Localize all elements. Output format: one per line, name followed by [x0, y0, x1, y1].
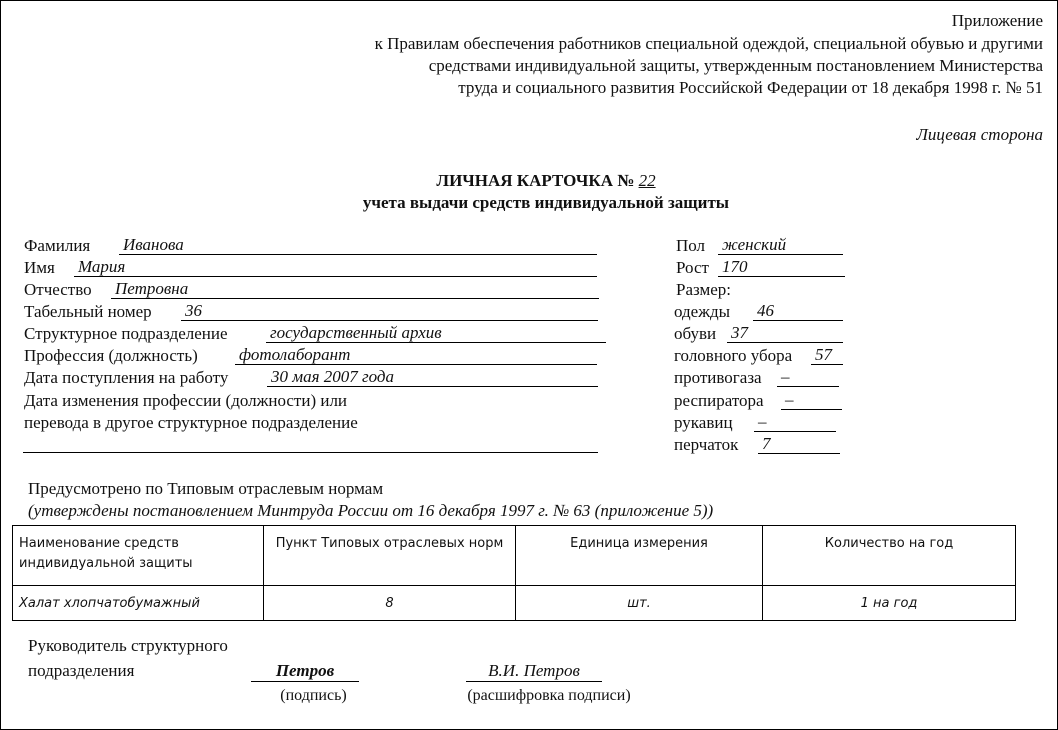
label-profession: Профессия (должность)	[24, 346, 198, 366]
field-hire-date[interactable]: 30 мая 2007 года	[267, 368, 598, 387]
appendix-line-3: средствами индивидуальной защиты, утверж…	[429, 55, 1043, 77]
label-shoe-size: обуви	[674, 324, 716, 344]
signature-field[interactable]: Петров	[251, 661, 359, 682]
norms-subheading: (утверждены постановлением Минтруда Росс…	[28, 500, 713, 522]
field-gloves[interactable]: 7	[758, 435, 840, 454]
signature-name-field[interactable]: В.И. Петров	[466, 661, 602, 682]
label-sex: Пол	[676, 236, 705, 256]
cell-item: Халат хлопчатобумажный	[13, 586, 264, 621]
field-profession[interactable]: фотолаборант	[235, 346, 597, 365]
label-department: Структурное подразделение	[24, 324, 228, 344]
card-title: ЛИЧНАЯ КАРТОЧКА № 22	[1, 170, 1058, 192]
column-header-unit: Единица измерения	[516, 526, 763, 586]
signature-caption: (подпись)	[251, 686, 376, 706]
field-height[interactable]: 170	[718, 258, 845, 277]
label-name: Имя	[24, 258, 55, 278]
cell-unit: шт.	[516, 586, 763, 621]
field-gas-mask[interactable]: –	[777, 368, 839, 387]
norms-table: Наименование средств индивидуальной защи…	[12, 525, 1016, 621]
label-gas-mask: противогаза	[674, 368, 762, 388]
label-change-date-2: перевода в другое структурное подразделе…	[24, 413, 358, 433]
table-row: Халат хлопчатобумажный 8 шт. 1 на год	[13, 586, 1016, 621]
signature-label-line-2: подразделения	[28, 660, 134, 682]
field-employee-number[interactable]: 36	[181, 302, 598, 321]
label-clothes-size: одежды	[674, 302, 730, 322]
card-title-text: ЛИЧНАЯ КАРТОЧКА №	[436, 171, 634, 190]
column-header-item: Наименование средств индивидуальной защи…	[13, 526, 264, 586]
field-surname[interactable]: Иванова	[119, 236, 597, 255]
signature-name-caption: (расшифровка подписи)	[453, 686, 645, 706]
table-header-row: Наименование средств индивидуальной защи…	[13, 526, 1016, 586]
label-gloves: перчаток	[674, 435, 738, 455]
label-patronymic: Отчество	[24, 280, 92, 300]
label-change-date-1: Дата изменения профессии (должности) или	[24, 391, 347, 411]
label-surname: Фамилия	[24, 236, 90, 256]
field-mittens[interactable]: –	[754, 413, 836, 432]
appendix-line-2: к Правилам обеспечения работников специа…	[375, 33, 1043, 55]
label-size: Размер:	[676, 280, 731, 300]
label-respirator: респиратора	[674, 391, 764, 411]
appendix-line-1: Приложение	[952, 10, 1043, 32]
norms-heading: Предусмотрено по Типовым отраслевым норм…	[28, 478, 383, 500]
personal-card-page: Приложение к Правилам обеспечения работн…	[0, 0, 1058, 730]
label-height: Рост	[676, 258, 709, 278]
field-department[interactable]: государственный архив	[266, 324, 606, 343]
label-mittens: рукавиц	[674, 413, 733, 433]
label-employee-number: Табельный номер	[24, 302, 152, 322]
cell-quantity: 1 на год	[763, 586, 1016, 621]
card-subtitle: учета выдачи средств индивидуальной защи…	[1, 192, 1058, 214]
field-patronymic[interactable]: Петровна	[111, 280, 599, 299]
field-headwear-size[interactable]: 57	[811, 346, 843, 365]
field-name[interactable]: Мария	[74, 258, 597, 277]
field-sex[interactable]: женский	[718, 236, 843, 255]
field-clothes-size[interactable]: 46	[753, 302, 843, 321]
card-number: 22	[639, 171, 656, 190]
field-shoe-size[interactable]: 37	[727, 324, 843, 343]
column-header-norm-clause: Пункт Типовых отраслевых норм	[264, 526, 516, 586]
label-headwear-size: головного убора	[674, 346, 792, 366]
field-change-date[interactable]	[23, 434, 598, 453]
column-header-quantity: Количество на год	[763, 526, 1016, 586]
side-label: Лицевая сторона	[916, 124, 1043, 146]
field-respirator[interactable]: –	[781, 391, 842, 410]
signature-label-line-1: Руководитель структурного	[28, 635, 228, 657]
cell-norm-clause: 8	[264, 586, 516, 621]
label-hire-date: Дата поступления на работу	[24, 368, 228, 388]
appendix-line-4: труда и социального развития Российской …	[458, 77, 1043, 99]
